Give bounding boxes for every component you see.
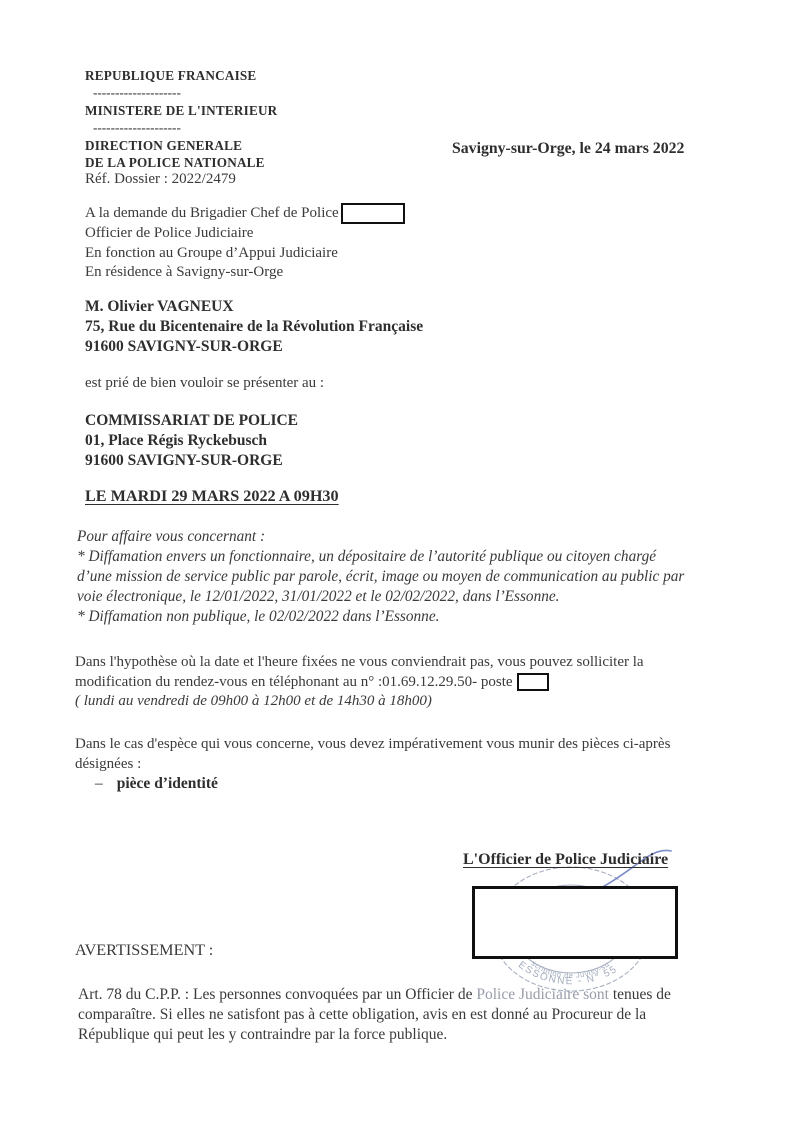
case-line-4: * Diffamation non publique, le 02/02/202… xyxy=(77,607,684,627)
place-date-line: Savigny-sur-Orge, le 24 mars 2022 xyxy=(452,140,684,158)
documents-block: Dans le cas d'espèce qui vous concerne, … xyxy=(75,735,670,794)
case-line-2: d’une mission de service public par paro… xyxy=(77,567,684,587)
documents-bullet-row: – pièce d’identité xyxy=(75,774,670,794)
addressee-street: 75, Rue du Bicentenaire de la Révolution… xyxy=(85,317,423,337)
case-line-1: * Diffamation envers un fonctionnaire, u… xyxy=(77,547,684,567)
letterhead-direction-line1: DIRECTION GENERALE xyxy=(85,137,277,154)
venue-street: 01, Place Régis Ryckebusch xyxy=(85,431,298,451)
reschedule-line-1: Dans l'hypothèse où la date et l'heure f… xyxy=(75,653,644,673)
venue-city: 91600 SAVIGNY-SUR-ORGE xyxy=(85,451,298,471)
warning-line-1-pre: Art. 78 du C.P.P. : Les personnes convoq… xyxy=(78,986,476,1003)
reschedule-line-2-text: modification du rendez-vous en téléphona… xyxy=(75,674,513,690)
bullet-dash: – xyxy=(75,774,103,794)
case-intro: Pour affaire vous concernant : xyxy=(77,527,684,547)
redaction-box xyxy=(517,673,549,691)
appointment-heading: LE MARDI 29 MARS 2022 A 09H30 xyxy=(85,487,339,506)
reschedule-hours: ( lundi au vendredi de 09h00 à 12h00 et … xyxy=(75,692,644,712)
request-line-1: A la demande du Brigadier Chef de Police xyxy=(85,203,405,224)
reschedule-line-2: modification du rendez-vous en téléphona… xyxy=(75,673,644,693)
documents-line-1: Dans le cas d'espèce qui vous concerne, … xyxy=(75,735,670,755)
intro-sentence: est prié de bien vouloir se présenter au… xyxy=(85,374,324,394)
warning-heading: AVERTISSEMENT : xyxy=(75,941,213,960)
addressee-name: M. Olivier VAGNEUX xyxy=(85,297,423,317)
signature-title: L'Officier de Police Judiciaire xyxy=(463,851,668,869)
case-line-3: voie électronique, le 12/01/2022, 31/01/… xyxy=(77,587,684,607)
request-line-3: En fonction au Groupe d’Appui Judiciaire xyxy=(85,244,405,264)
request-line-4: En résidence à Savigny-sur-Orge xyxy=(85,263,405,283)
addressee-city: 91600 SAVIGNY-SUR-ORGE xyxy=(85,337,423,357)
documents-line-2: désignées : xyxy=(75,755,670,775)
case-description-block: Pour affaire vous concernant : * Diffama… xyxy=(77,527,684,627)
letterhead-ministry: MINISTERE DE L'INTERIEUR xyxy=(85,102,277,119)
reschedule-block: Dans l'hypothèse où la date et l'heure f… xyxy=(75,653,644,712)
warning-line-2: comparaître. Si elles ne satisfont pas à… xyxy=(78,1005,671,1025)
letterhead-republic: REPUBLIQUE FRANCAISE xyxy=(85,67,277,84)
letterhead: REPUBLIQUE FRANCAISE -------------------… xyxy=(85,67,277,189)
addressee-block: M. Olivier VAGNEUX 75, Rue du Bicentenai… xyxy=(85,297,423,357)
redaction-box xyxy=(341,203,405,224)
venue-name: COMMISSARIAT DE POLICE xyxy=(85,411,298,431)
letterhead-separator: -------------------- xyxy=(85,84,277,101)
convocation-document: REPUBLIQUE FRANCAISE -------------------… xyxy=(0,0,810,1145)
request-line-2: Officier de Police Judiciaire xyxy=(85,224,405,244)
request-line-1-text: A la demande du Brigadier Chef de Police xyxy=(85,205,339,221)
letterhead-separator: -------------------- xyxy=(85,119,277,136)
documents-bullet-item: pièce d’identité xyxy=(117,774,218,794)
requesting-officer-block: A la demande du Brigadier Chef de Police… xyxy=(85,203,405,283)
redaction-box xyxy=(472,886,678,959)
dossier-reference: Réf. Dossier : 2022/2479 xyxy=(85,171,277,188)
warning-line-3: République qui peut les y contraindre pa… xyxy=(78,1025,671,1045)
venue-block: COMMISSARIAT DE POLICE 01, Place Régis R… xyxy=(85,411,298,471)
letterhead-direction-line2: DE LA POLICE NATIONALE xyxy=(85,154,277,171)
